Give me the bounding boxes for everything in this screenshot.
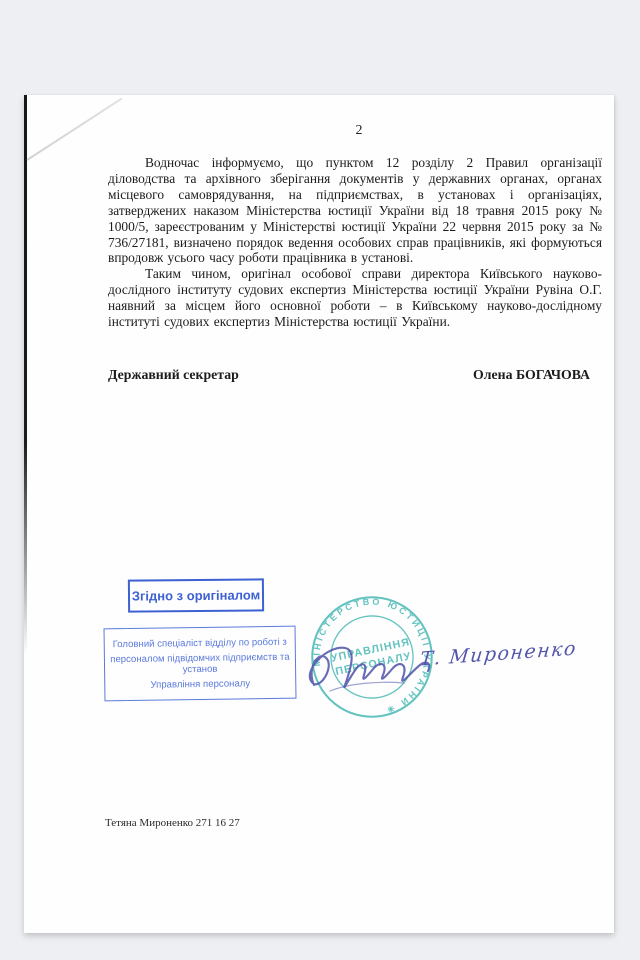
- specialist-stamp-line: персоналом підвідомчих підприємств та ус…: [105, 651, 295, 676]
- signatory-name: Олена БОГАЧОВА: [473, 367, 590, 383]
- footer-contact: Тетяна Мироненко 271 16 27: [105, 817, 240, 829]
- specialist-stamp-line: Управління персоналу: [150, 678, 250, 690]
- scan-background: 2 Водночас інформуємо, що пунктом 12 роз…: [0, 0, 640, 960]
- specialist-stamp: Головний спеціаліст відділу по роботі з …: [103, 626, 296, 702]
- paragraph-rules: Водночас інформуємо, що пунктом 12 розді…: [108, 155, 602, 266]
- certified-copy-stamp: Згідно з оригіналом: [128, 578, 264, 612]
- signature-block: Державний секретар Олена БОГАЧОВА: [108, 367, 590, 383]
- fold-crease-line: [27, 98, 123, 161]
- signatory-title: Державний секретар: [108, 367, 239, 383]
- specialist-stamp-line: Головний спеціаліст відділу по роботі з: [113, 636, 287, 649]
- paragraph-conclusion: Таким чином, оригінал особової справи ди…: [108, 266, 602, 330]
- page-number: 2: [344, 123, 374, 139]
- certified-copy-stamp-text: Згідно з оригіналом: [132, 587, 260, 603]
- document-body: Водночас інформуємо, що пунктом 12 розді…: [108, 155, 602, 330]
- scan-edge-artifact: [24, 95, 27, 655]
- document-page: 2 Водночас інформуємо, що пунктом 12 роз…: [24, 95, 614, 933]
- handwritten-signature-icon: [300, 633, 475, 708]
